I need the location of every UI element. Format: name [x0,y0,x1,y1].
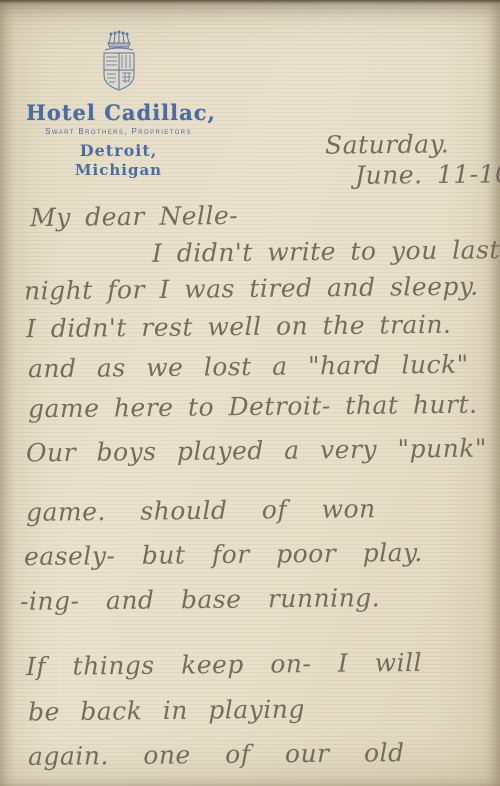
handwritten-line: -ing- and base running. [20,583,380,616]
date-day: Saturday. [325,129,450,159]
proprietors-line: Swart Brothers, Proprietors [26,127,211,136]
letterhead: Hotel Cadillac, Swart Brothers, Propriet… [26,30,211,179]
handwritten-line: If things keep on- I will [26,648,422,681]
handwritten-line: game. should of won [26,494,376,527]
handwritten-line: game here to Detroit- that hurt. [28,390,478,424]
paper-top-edge [0,0,500,4]
letter-paper: Hotel Cadillac, Swart Brothers, Propriet… [0,0,500,786]
handwritten-line: I didn't rest well on the train. [26,310,452,343]
handwritten-line: be back in playing [28,695,305,727]
letterhead-state: Michigan [26,161,211,179]
hotel-crest-icon [85,30,153,98]
date-full: June. 11-10. [355,159,500,190]
salutation: My dear Nelle- [30,201,238,232]
handwritten-line: Our boys played a very "punk" [26,434,487,468]
handwritten-line: easely- but for poor play. [24,538,423,571]
handwritten-line: and as we lost a "hard luck" [28,350,469,384]
handwritten-line: again. one of our old [28,738,405,771]
handwritten-line: night for I was tired and sleepy. [24,272,479,306]
handwritten-line: I didn't write to you last [152,235,500,268]
letterhead-city: Detroit, [26,141,211,160]
hotel-name: Hotel Cadillac, [26,100,211,125]
